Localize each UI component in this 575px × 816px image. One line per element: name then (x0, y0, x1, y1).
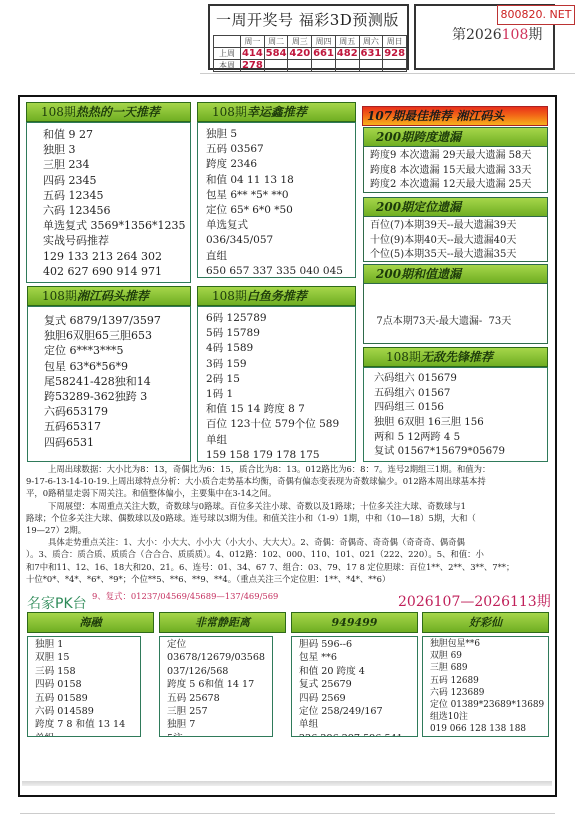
analysis-line: 具体走势重点关注：1、大小：小大大、小小大（小大小、大大大）。2、奇偶：奇偶奇、… (26, 536, 551, 548)
panel-line: 独胆 3 (43, 142, 190, 157)
day-header: 周日 (383, 36, 407, 48)
panel-title: 幸运鑫推荐 (247, 105, 307, 119)
panel-issue: 108期 (212, 289, 247, 303)
best-recommend-header: 107期最佳推荐 湘江码头 (362, 106, 548, 126)
panel-line: 实战号码推荐 (43, 233, 190, 248)
issue-number: 108 (502, 27, 529, 43)
weekly-draw-table: 周一 周二 周三 周四 周五 周六 周日 上周 414 584 420 661 … (213, 35, 407, 72)
omission-line: 十位(9)本期40天--最大遗漏40天 (370, 234, 547, 249)
analysis-line: 路球；个位多关注大球、偶数球以及0路球。连号球以3期为佳。和值关注小和（1-9）… (26, 512, 551, 524)
expert-line: 四码 2569 (299, 692, 417, 705)
expert-header-haocaixian: 好彩仙 (422, 612, 549, 633)
panel-line: 五码 03567 (206, 142, 355, 157)
panel-line: 复式 6879/1397/3597 (44, 313, 190, 328)
expert-header-949499: 949499 (291, 612, 418, 633)
draw-number (335, 60, 359, 72)
draw-number: 278 (241, 60, 265, 72)
draw-number (264, 60, 288, 72)
draw-number: 631 (359, 48, 383, 60)
panel-line: 6码 125789 (206, 311, 355, 326)
expert-line: 定位 01389*23689*13689 (430, 699, 548, 711)
expert-line: 单组 (35, 732, 140, 737)
draw-number (359, 60, 383, 72)
expert-line: 组选10注 (430, 711, 548, 723)
expert-line: 五码 01589 (35, 692, 140, 705)
panel-issue: 108期 (386, 350, 421, 364)
panel-line: 402 627 690 914 971 (43, 264, 190, 279)
panel-line: 和值 9 27 (43, 127, 190, 142)
dingwei-omission-body: 百位(7)本期39天--最大遗漏39天 十位(9)本期40天--最大遗漏40天 … (364, 217, 547, 263)
panel-title: 无敌先锋推荐 (421, 350, 493, 364)
panel-baiyu-body: 6码 125789 5码 15789 4码 1589 3码 159 2码 15 … (197, 306, 356, 462)
panel-line: 包星 6** *5* **0 (206, 188, 355, 203)
expert-line: 03678/12679/03568 (167, 651, 272, 664)
draw-number: 414 (241, 48, 265, 60)
day-header: 周五 (335, 36, 359, 48)
expert-line: 独胆 1 (35, 638, 140, 651)
panel-line: 四码 2345 (43, 173, 190, 188)
frame-bottom-shadow (22, 781, 552, 786)
panel-line: 036/345/057 (206, 233, 355, 248)
draw-number: 482 (335, 48, 359, 60)
day-header: 周四 (312, 36, 336, 48)
panel-line: 129 133 213 264 302 (43, 249, 190, 264)
panel-line: 跨53289-362独跨 3 (44, 389, 190, 404)
expert-line: 三码 158 (35, 665, 140, 678)
expert-line: 四码 0158 (35, 678, 140, 691)
day-header: 周三 (288, 36, 312, 48)
expert-line: 定位 (167, 638, 272, 651)
omission-line: 跨度9 本次遗漏 29天最大遗漏 58天 (370, 149, 547, 164)
issue-prefix: 第2026 (452, 27, 502, 43)
kuadu-omission-title: 200期跨度遗漏 (364, 128, 547, 147)
analysis-section: 上周出球数据：大小比为8：13，奇偶比为6：15，质合比为8：13。012路比为… (26, 463, 551, 585)
expert-body-feichang: 定位 03678/12679/03568 037/126/568 跨度 5 6和… (159, 636, 273, 737)
draw-number: 584 (264, 48, 288, 60)
panel-issue: 108期 (212, 105, 247, 119)
expert-body-haocaixian: 独胆包星**6 双胆 69 三胆 689 五码 12689 六码 123689 … (422, 636, 549, 737)
site-watermark: 800820. NET (497, 5, 575, 25)
expert-line: 复式 25679 (299, 678, 417, 691)
panel-line: 独胆6双胆65三胆653 (44, 328, 190, 343)
issue-suffix: 期 (528, 27, 542, 43)
expert-line: 三胆 257 (167, 705, 272, 718)
omission-line: 个位(5)本期35天--最大遗漏35天 (370, 248, 547, 263)
hezhi-omission-box: 200期和值遗漏 7点本期73天-最大遗漏- 73天 12点本期42天-最大遗漏… (363, 264, 548, 344)
analysis-line: 上周出球数据：大小比为8：13，奇偶比为6：15，质合比为8：13。012路比为… (26, 463, 551, 475)
weekly-draw-title: 一周开奖号 福彩3D预测版 (216, 9, 399, 30)
omission-line: 百位(7)本期39天--最大遗漏39天 (370, 219, 547, 234)
expert-body-949499: 胆码 596--6 包星 **6 和值 20 跨度 4 复式 25679 四码 … (291, 636, 418, 737)
pk-section-title: 名家PK台 (27, 593, 87, 613)
panel-xingyun-header: 108期幸运鑫推荐 (197, 102, 356, 122)
analysis-line: 19—27）2期。 (26, 524, 551, 536)
panel-line: 单组 (206, 433, 355, 448)
expert-header-hairong: 海融 (27, 612, 154, 633)
expert-line: 三胆 689 (430, 662, 548, 674)
expert-body-hairong: 独胆 1 双胆 15 三码 158 四码 0158 五码 01589 六码 01… (27, 636, 141, 737)
panel-line: 六码组六 015679 (374, 372, 547, 387)
panel-line: 五码组六 01567 (374, 387, 547, 402)
panel-line: 1码 1 (206, 387, 355, 402)
corner-cell (214, 36, 241, 48)
panel-line: 定位 6***3***5 (44, 343, 190, 358)
panel-baiyu-header: 108期白鱼务推荐 (197, 286, 356, 306)
day-header: 周一 (241, 36, 265, 48)
panel-line: 4码 1589 (206, 341, 355, 356)
expert-line: 六码 123689 (430, 687, 548, 699)
dingwei-omission-box: 200期定位遗漏 百位(7)本期39天--最大遗漏39天 十位(9)本期40天-… (363, 197, 548, 262)
draw-number: 661 (312, 48, 336, 60)
expert-line: 226 296 297 596 541 (299, 732, 417, 737)
fushi-recommendation: 9、复式：01237/04569/45689—137/469/569 (92, 590, 278, 602)
panel-rere-header: 108期热热的一天推荐 (26, 102, 191, 122)
omission-line: 跨度8 本次遗漏 15天最大遗漏 33天 (370, 164, 547, 179)
panel-line: 独胆 6双胆 16三胆 156 (374, 416, 547, 431)
panel-line: 四码组三 0156 (374, 401, 547, 416)
panel-line: 六码653179 (44, 404, 190, 419)
panel-line: 复试 01567*15679*05679 (374, 445, 547, 460)
issue-label: 第2026108期 (452, 24, 542, 44)
draw-table-header-row: 周一 周二 周三 周四 周五 周六 周日 (214, 36, 407, 48)
expert-line: 037/126/568 (167, 665, 272, 678)
expert-line: 独胆 7 (167, 718, 272, 731)
panel-line: 直组 (206, 249, 355, 264)
panel-line: 2码 15 (206, 372, 355, 387)
draw-number (383, 60, 407, 72)
panel-title: 湘江码头推荐 (77, 289, 149, 303)
panel-line: 两和 5 12两跨 4 5 (374, 431, 547, 446)
panel-line: 650 657 337 335 040 045 (206, 264, 355, 279)
panel-line: 单选复式 3569*1356*1235 (43, 218, 190, 233)
kuadu-omission-body: 跨度9 本次遗漏 29天最大遗漏 58天 跨度8 本次遗漏 15天最大遗漏 33… (364, 147, 547, 193)
panel-xingyun-body: 独胆 5 五码 03567 跨度 2346 和值 04 11 13 18 包星 … (197, 122, 356, 278)
draw-number: 928 (383, 48, 407, 60)
draw-number (312, 60, 336, 72)
panel-title: 热热的一天推荐 (76, 105, 160, 119)
panel-line: 159 158 179 178 175 (206, 448, 355, 463)
dingwei-omission-title: 200期定位遗漏 (364, 198, 547, 217)
expert-line: 019 066 128 138 188 (430, 723, 548, 735)
panel-line: 5码 15789 (206, 326, 355, 341)
header-divider (200, 73, 575, 74)
panel-line: 包星 63*6*56*9 (44, 359, 190, 374)
expert-line: 独胆包星**6 (430, 638, 548, 650)
expert-line: 包星 **6 (299, 651, 417, 664)
panel-line: 五码 12345 (43, 188, 190, 203)
analysis-line: 十位*0*、*4*、*6*、*9*；个位**5、**6、**9、**4。（重点关… (26, 573, 551, 585)
draw-number: 420 (288, 48, 312, 60)
panel-line: 和值 04 11 13 18 (206, 173, 355, 188)
expert-line: 和值 20 跨度 4 (299, 665, 417, 678)
panel-line: 3码 159 (206, 357, 355, 372)
expert-line: 六码 014589 (35, 705, 140, 718)
panel-line: 独胆 5 (206, 127, 355, 142)
panel-line: 单选复式 (206, 218, 355, 233)
row-label: 本周 (214, 60, 241, 72)
day-header: 周二 (264, 36, 288, 48)
row-label: 上周 (214, 48, 241, 60)
panel-line: 和值 15 14 跨度 8 7 (206, 402, 355, 417)
panel-line: 尾58241-428独和14 (44, 374, 190, 389)
expert-line: 229 238 239 266 899 (430, 736, 548, 738)
kuadu-omission-box: 200期跨度遗漏 跨度9 本次遗漏 29天最大遗漏 58天 跨度8 本次遗漏 1… (363, 127, 548, 193)
panel-xiangjiang-header: 108期湘江码头推荐 (27, 286, 191, 306)
expert-line: 双胆 15 (35, 651, 140, 664)
panel-line: 六码 123456 (43, 203, 190, 218)
expert-line: 五码 12689 (430, 675, 548, 687)
hezhi-omission-title: 200期和值遗漏 (364, 265, 547, 284)
panel-line: 跨度 2346 (206, 157, 355, 172)
panel-wudi-body: 六码组六 015679 五码组六 01567 四码组三 0156 独胆 6双胆 … (363, 367, 548, 462)
draw-table-row-this-week: 本周 278 (214, 60, 407, 72)
analysis-line: 9-17-6-13-14-10-19.上周出球特点分析：大小质合走势基本均衡，奇… (26, 475, 551, 487)
panel-line: 五码65317 (44, 419, 190, 434)
expert-header-feichang: 非常静距离 (159, 612, 286, 633)
draw-table-row-last-week: 上周 414 584 420 661 482 631 928 (214, 48, 407, 60)
day-header: 周六 (359, 36, 383, 48)
expert-line: 5注 (167, 732, 272, 737)
panel-line: 定位 65* 6*0 *50 (206, 203, 355, 218)
panel-line: 四码6531 (44, 435, 190, 450)
omission-line: 7点本期73天-最大遗漏- 73天 (370, 315, 547, 330)
expert-line: 跨度 7 8 和值 13 14 (35, 718, 140, 731)
draw-number (288, 60, 312, 72)
expert-line: 双胆 69 (430, 650, 548, 662)
weekly-draw-card: 一周开奖号 福彩3D预测版 周一 周二 周三 周四 周五 周六 周日 上周 41… (208, 4, 409, 70)
panel-xiangjiang-body: 复式 6879/1397/3597 独胆6双胆65三胆653 定位 6***3*… (27, 306, 191, 462)
analysis-line: 和7中和11、12、16、18大和20、21。6、连号：01、34、67 7、组… (26, 561, 551, 573)
panel-line: 百位 123十位 579个位 589 (206, 417, 355, 432)
issue-range: 2026107—2026113期 (398, 591, 551, 611)
analysis-line: 下周展望：本周重点关注大数，奇数球与0路球。百位多关注小球、奇数以及1路球；十位… (26, 500, 551, 512)
panel-wudi-header: 108期无敌先锋推荐 (363, 347, 548, 367)
bottom-divider (20, 813, 555, 814)
expert-line: 单组 (299, 718, 417, 731)
expert-line: 定位 258/249/167 (299, 705, 417, 718)
expert-line: 五码 25678 (167, 692, 272, 705)
panel-line: 三胆 234 (43, 157, 190, 172)
panel-issue: 108期 (41, 105, 76, 119)
expert-line: 跨度 5 6和值 14 17 (167, 678, 272, 691)
analysis-line: 平，0路稍显走弱下周关注。和值整体偏小，主要集中在3-14之间。 (26, 487, 551, 499)
panel-title: 白鱼务推荐 (247, 289, 307, 303)
panel-rere-body: 和值 9 27 独胆 3 三胆 234 四码 2345 五码 12345 六码 … (26, 122, 191, 283)
expert-line: 胆码 596--6 (299, 638, 417, 651)
panel-issue: 108期 (42, 289, 77, 303)
omission-line: 跨度2 本次遗漏 12天最大遗漏 25天 (370, 178, 547, 193)
analysis-line: ）。3、质合：质合质、质质合（合合合、质质质）。4、012路：102、000、1… (26, 548, 551, 560)
